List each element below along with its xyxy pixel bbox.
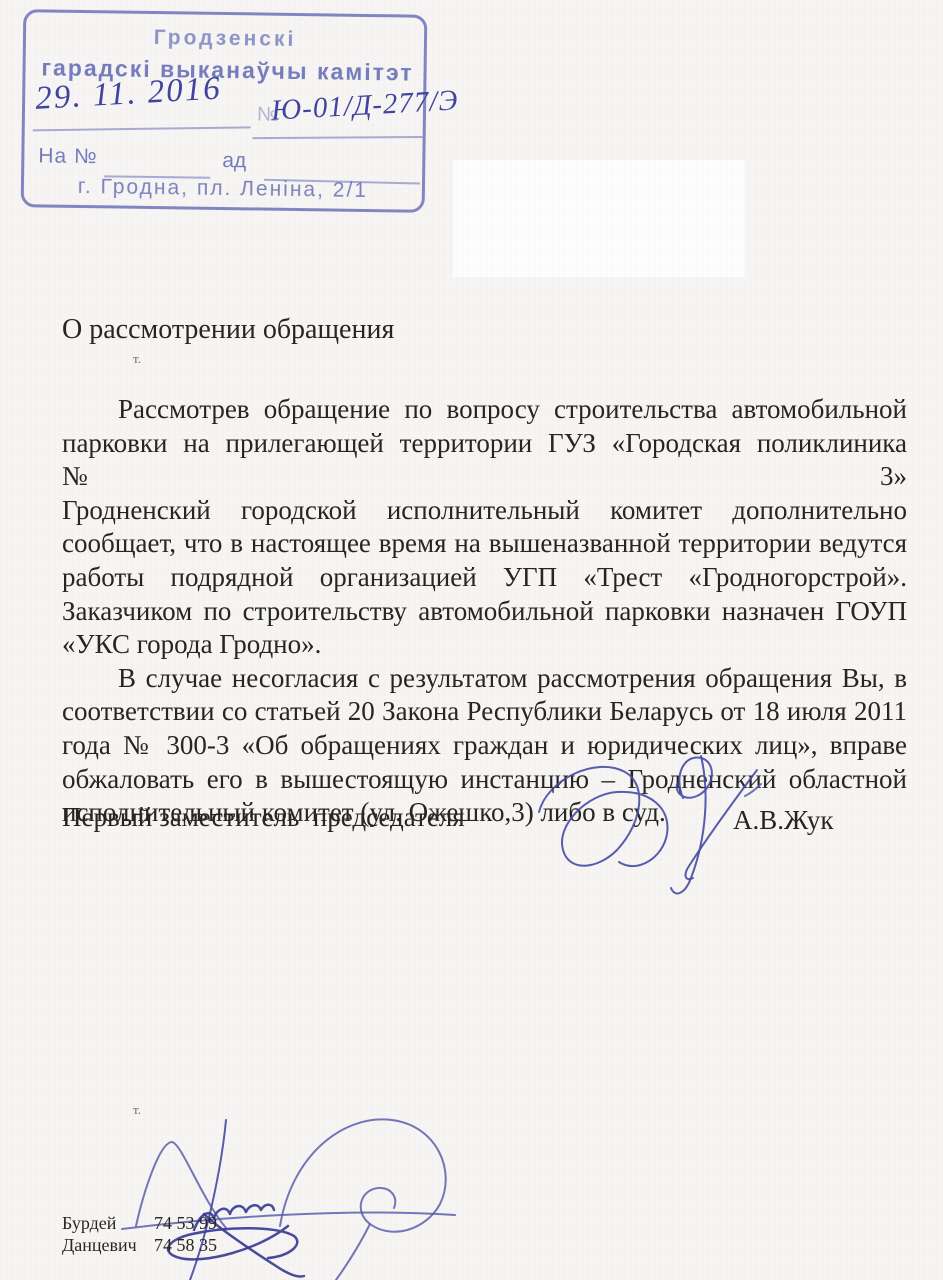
contact-phone: 74 58 35 xyxy=(154,1235,217,1255)
contact-row: Бурдей74 53 99 xyxy=(62,1212,217,1234)
stamp-from-label: ад xyxy=(222,149,246,173)
letter-subject: О рассмотрении обращения xyxy=(62,314,394,346)
redacted-area xyxy=(453,160,745,277)
body-line: обжаловать его в вышестоящую инстанцию –… xyxy=(62,763,907,797)
body-line: В случае несогласия с результатом рассмо… xyxy=(62,662,907,696)
body-line: года № 300-3 «Об обращениях граждан и юр… xyxy=(62,729,907,763)
stamp-address: г. Гродна, пл. Леніна, 2/1 xyxy=(24,174,422,204)
body-line: «УКС города Гродно». xyxy=(62,628,907,662)
contact-name: Бурдей xyxy=(62,1212,154,1234)
scanned-letter-page: Гродзенскі гарадскі выканаўчы камітэт 29… xyxy=(0,0,943,1280)
body-line: парковки на прилегающей территории ГУЗ «… xyxy=(62,427,907,494)
body-line: Гродненский городской исполнительный ком… xyxy=(62,494,907,528)
scan-artifact: т. xyxy=(133,351,141,367)
body-line: соответствии со статьей 20 Закона Респуб… xyxy=(62,695,907,729)
contact-phone: 74 53 99 xyxy=(154,1213,217,1233)
stamp-incoming-label: На № xyxy=(38,144,98,169)
body-line: работы подрядной организацией УГП «Трест… xyxy=(62,561,907,595)
contact-row: Данцевич74 58 35 xyxy=(62,1234,217,1256)
body-line: Заказчиком по строительству автомобильно… xyxy=(62,595,907,629)
body-line: Рассмотрев обращение по вопросу строител… xyxy=(62,393,907,427)
stamp-date-underline xyxy=(33,126,251,131)
contact-name: Данцевич xyxy=(62,1234,154,1256)
signer-name: А.В.Жук xyxy=(733,805,834,836)
stamp-number-underline xyxy=(253,136,423,139)
footer-contacts: Бурдей74 53 99 Данцевич74 58 35 xyxy=(62,1212,217,1256)
stamp-org-line1: Гродзенскі xyxy=(26,24,424,54)
letter-body: Рассмотрев обращение по вопросу строител… xyxy=(62,393,907,830)
signer-title: Первый заместитель председателя xyxy=(62,802,465,833)
registration-stamp: Гродзенскі гарадскі выканаўчы камітэт 29… xyxy=(21,9,428,213)
body-line: сообщает, что в настоящее время на вышен… xyxy=(62,527,907,561)
stamp-handwritten-number: Ю-01/Д-277/Э xyxy=(270,80,531,127)
